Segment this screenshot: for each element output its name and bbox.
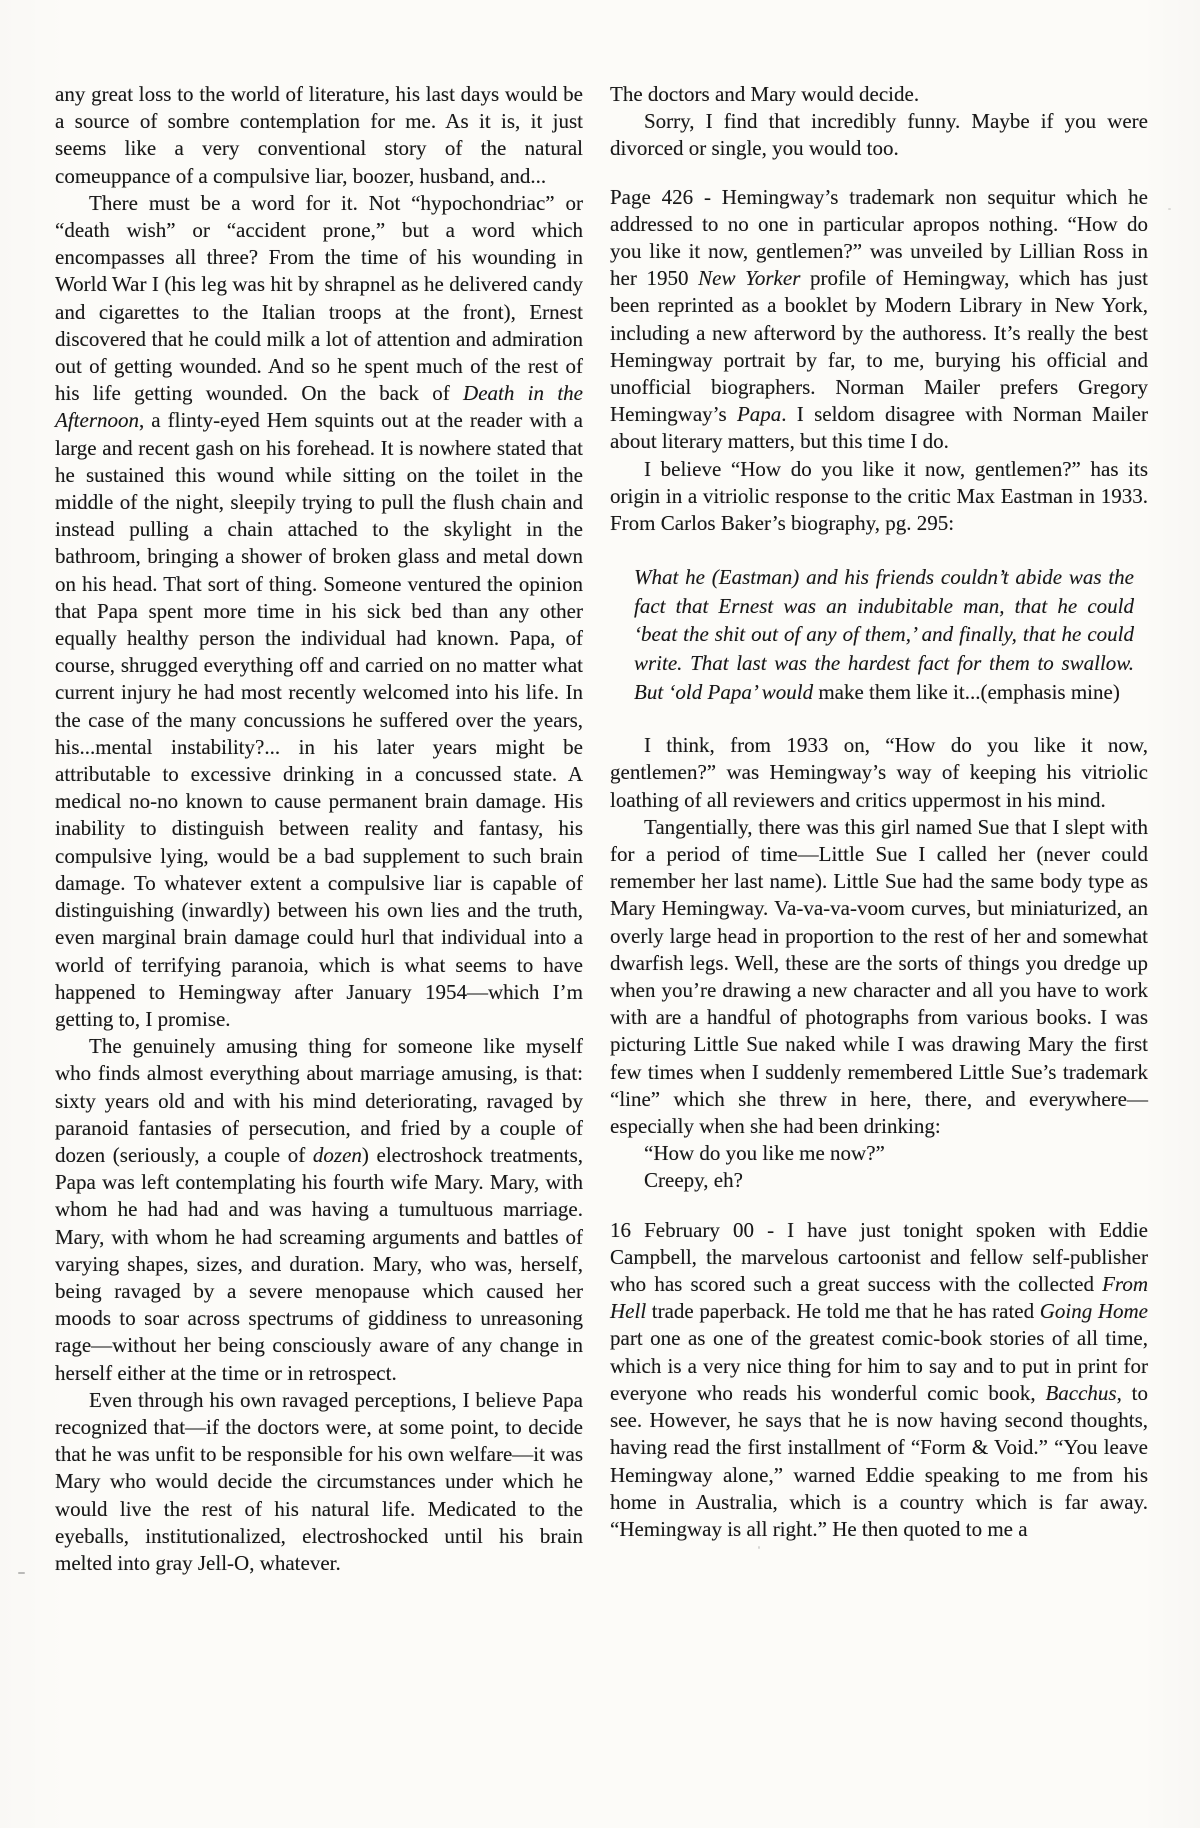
block-quote: What he (Eastman) and his friends couldn… — [634, 563, 1134, 706]
left-column: any great loss to the world of literatur… — [55, 81, 583, 1828]
right-column: The doctors and Mary would decide. Sorry… — [610, 81, 1148, 1828]
paragraph: Tangentially, there was this girl named … — [610, 814, 1148, 1140]
paragraph: The genuinely amusing thing for someone … — [55, 1033, 583, 1387]
quote-roman-run: make them like it...(emphasis mine) — [818, 680, 1120, 704]
text-run: There must be a word for it. Not “hypoch… — [55, 191, 583, 405]
paragraph: I believe “How do you like it now, gentl… — [610, 456, 1148, 538]
text-run: ) electroshock treatments, Papa was left… — [55, 1143, 583, 1385]
book-title-italic: Papa — [737, 402, 781, 426]
story-title-italic: Going Home — [1040, 1299, 1148, 1323]
text-run: 16 February 00 - I have just tonight spo… — [610, 1218, 1148, 1296]
text-run: trade paperback. He told me that he has … — [646, 1299, 1040, 1323]
dialogue-line: Creepy, eh? — [610, 1167, 1148, 1194]
paragraph-page-426-note: Page 426 - Hemingway’s trademark non seq… — [610, 184, 1148, 456]
paragraph: Sorry, I find that incredibly funny. May… — [610, 108, 1148, 162]
paragraph-continuation: any great loss to the world of literatur… — [55, 81, 583, 190]
paragraph: Even through his own ravaged perceptions… — [55, 1387, 583, 1577]
dialogue-line: “How do you like me now?” — [610, 1140, 1148, 1167]
scan-speck — [1168, 208, 1171, 210]
scan-speck — [18, 1572, 25, 1574]
scanned-document-page: any great loss to the world of literatur… — [0, 0, 1200, 1828]
paragraph-dated-entry: 16 February 00 - I have just tonight spo… — [610, 1217, 1148, 1543]
comic-title-italic: Bacchus — [1045, 1381, 1116, 1405]
paragraph: There must be a word for it. Not “hypoch… — [55, 190, 583, 1033]
scan-speck — [334, 1240, 336, 1242]
text-run: , a flinty-eyed Hem squints out at the r… — [55, 408, 583, 1030]
emphasis-italic: dozen — [313, 1143, 362, 1167]
paragraph: I think, from 1933 on, “How do you like … — [610, 732, 1148, 814]
scan-speck — [758, 1546, 760, 1549]
paragraph-continuation: The doctors and Mary would decide. — [610, 81, 1148, 108]
magazine-title-italic: New Yorker — [698, 266, 800, 290]
